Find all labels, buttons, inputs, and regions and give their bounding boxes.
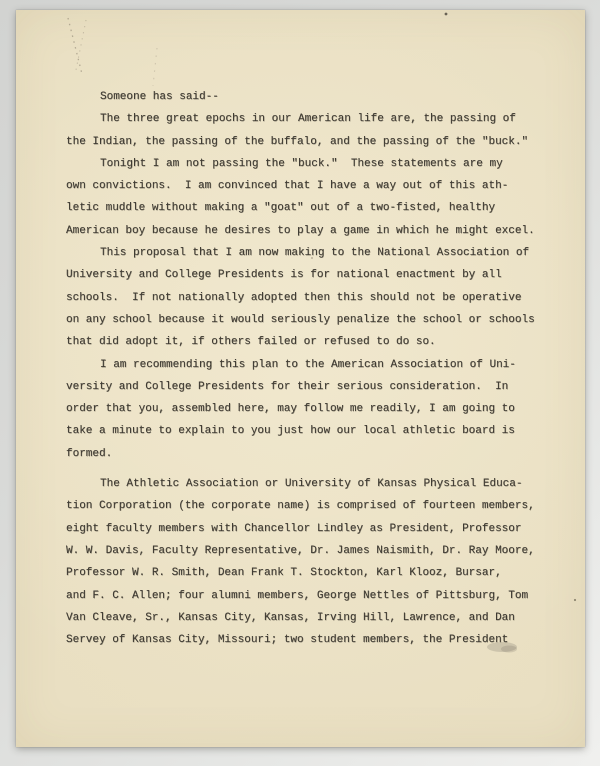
text-line: schools. If not nationally adopted then …	[66, 287, 558, 309]
text-line: tion Corporation (the corporate name) is…	[66, 495, 558, 517]
speck	[445, 13, 448, 16]
text-line: letic muddle without making a "goat" out…	[66, 197, 558, 219]
text-line: University and College Presidents is for…	[66, 264, 558, 286]
text-line: the Indian, the passing of the buffalo, …	[66, 131, 558, 153]
pencil-mark	[76, 20, 86, 70]
text-line: American boy because he desires to play …	[66, 220, 558, 242]
text-line: Van Cleave, Sr., Kansas City, Kansas, Ir…	[66, 607, 558, 629]
text-line: Tonight I am not passing the "buck." The…	[66, 153, 558, 175]
text-line: versity and College Presidents for their…	[66, 376, 558, 398]
pencil-mark	[153, 48, 157, 86]
text-line: on any school because it would seriously…	[66, 309, 558, 331]
document-text: Someone has said--The three great epochs…	[66, 86, 558, 651]
text-line: This proposal that I am now making to th…	[66, 242, 558, 264]
text-line: Professor W. R. Smith, Dean Frank T. Sto…	[66, 562, 558, 584]
text-line: that did adopt it, if others failed or r…	[66, 331, 558, 353]
text-line: eight faculty members with Chancellor Li…	[66, 518, 558, 540]
text-line: take a minute to explain to you just how…	[66, 420, 558, 442]
scan-background: Someone has said--The three great epochs…	[0, 0, 600, 766]
text-line: formed.	[66, 443, 558, 465]
speck	[574, 599, 576, 601]
text-line: I am recommending this plan to the Ameri…	[66, 354, 558, 376]
text-line: order that you, assembled here, may foll…	[66, 398, 558, 420]
text-line: The Athletic Association or University o…	[66, 473, 558, 495]
document-page: Someone has said--The three great epochs…	[16, 10, 585, 747]
text-line: Someone has said--	[66, 86, 558, 108]
text-line: Servey of Kansas City, Missouri; two stu…	[66, 629, 558, 651]
text-line: own convictions. I am convinced that I h…	[66, 175, 558, 197]
text-line: The three great epochs in our American l…	[66, 108, 558, 130]
text-line: W. W. Davis, Faculty Representative, Dr.…	[66, 540, 558, 562]
pencil-mark	[68, 18, 82, 74]
text-line: and F. C. Allen; four alumni members, Ge…	[66, 585, 558, 607]
